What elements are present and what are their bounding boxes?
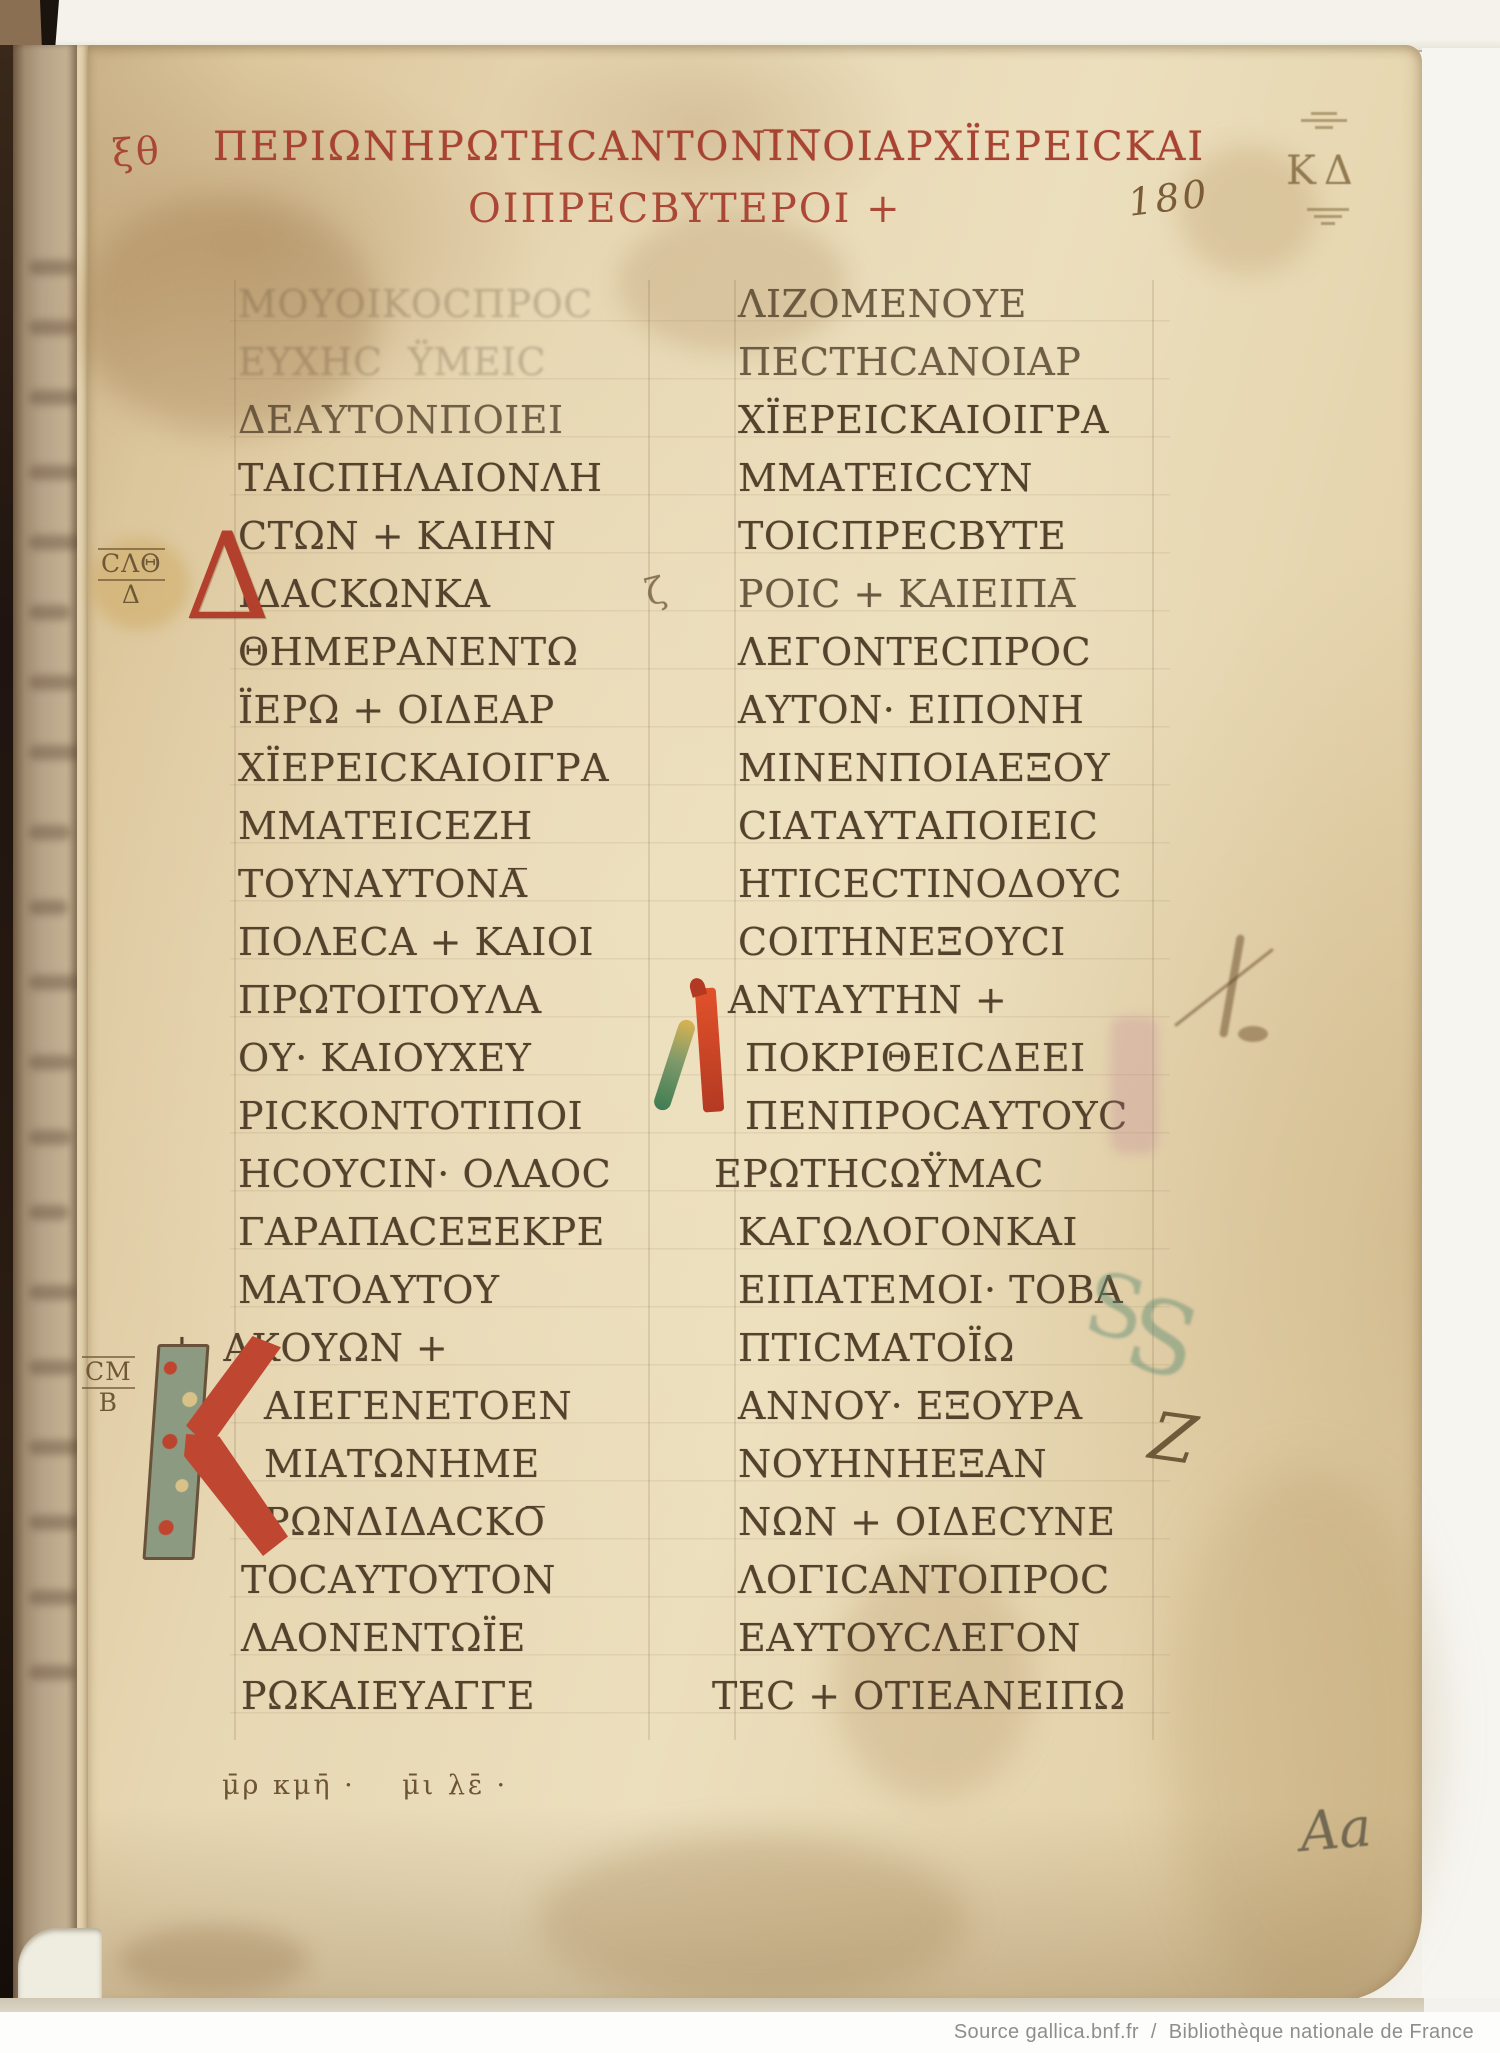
initial-kappa-ornate [122, 1340, 282, 1562]
stain [538, 1835, 968, 2005]
text-line: ΑΝΝΟΥ· ΕΞΟΥΡΑ [738, 1384, 1168, 1442]
text-line: ΘΗΜΕΡΑΝΕΝΤΩ [238, 630, 648, 688]
parallel-passage-references: μ̄ρ κμη̄ · μ̄ι λε̄ · [222, 1770, 508, 1801]
text-line: ΕΥΧΗC ΫΜΕΙC [238, 340, 648, 398]
gallica-attribution-bar: Source gallica.bnf.fr / Bibliothèque nat… [0, 2012, 1500, 2053]
bleed-through-fragment [29, 1515, 83, 1530]
section-number: CΜ [82, 1356, 135, 1389]
canon-number: Δ [122, 580, 141, 609]
initial-alpha-right-stroke [695, 987, 725, 1112]
text-line: ΤΟΙCΠΡΕCΒΥΤΕ [738, 514, 1168, 572]
rubric-title-line-1: ΠΕΡΙΩΝΗΡΩΤΗCΑΝΤΟΝΙ̅Ν̅ΟΙΑΡΧΪΕΡΕΙCΚΑΙ [213, 124, 1205, 170]
text-line: ΝΟΥΗΝΗΕΞΑΝ [738, 1442, 1168, 1500]
text-line: ΡΙCΚΟΝΤΟΤΙΠΟΙ [238, 1094, 648, 1152]
text-line: ΤΑΙCΠΗΛΑΙΟΝΛΗ [238, 456, 648, 514]
bleed-through-fragment [29, 1665, 77, 1680]
text-line: ΜΑΤΟΑΥΤΟΥ [238, 1268, 648, 1326]
text-line: ΑΥΤΟΝ· ΕΙΠΟΝΗ [738, 688, 1168, 746]
rubric-title-line-2: ΟΙΠΡΕCΒΥΤΕΡΟΙ + [468, 186, 902, 232]
text-line: ΓΑΡΑΠΑCΕΞΕΚΡΕ [238, 1210, 648, 1268]
stain [1168, 1465, 1438, 2005]
text-line: ΕΑΥΤΟΥCΛΕΓΟΝ [738, 1616, 1168, 1674]
text-line: ΜΙΝΕΝΠΟΙΑΕΞΟΥ [738, 746, 1168, 804]
text-line: ΜΜΑΤΕΙCCΥΝ [738, 456, 1168, 514]
book-binding-edge [0, 45, 13, 2012]
text-line: ΑΙΕΓΕΝΕΤΟΕΝ [264, 1384, 648, 1442]
text-line: ΜΜΑΤΕΙCΕΖΗ [238, 804, 648, 862]
bleed-through-fragment [29, 900, 68, 915]
text-line: ΛΙΖΟΜΕΝΟΥΕ [738, 282, 1168, 340]
quire-mark-ornament-top [1296, 108, 1352, 133]
text-line: CΤΩΝ + ΚΑΙΗΝ [238, 514, 648, 572]
text-line: ΕΡΩΤΗCΩΫΜΑC [714, 1152, 1168, 1210]
bleed-through-fragment [29, 1055, 75, 1070]
text-line: ΡΩΝΔΙΔΑCΚΟ̅ [264, 1500, 648, 1558]
bleed-through-fragment [29, 260, 76, 275]
bleed-through-fragment [29, 465, 81, 480]
text-column-left: ΜΟΥΟΙΚΟCΠΡΟCΕΥΧΗC ΫΜΕΙCΔΕΑΥΤΟΝΠΟΙΕΙΤΑΙCΠ… [238, 282, 648, 1732]
text-line: ΟΥ· ΚΑΙΟΥΧΕΥ [238, 1036, 648, 1094]
ammonian-section-mark-1: CΛΘ Δ [98, 548, 165, 610]
text-line: ΤΕC + ΟΤΙΕΑΝΕΙΠΩ [712, 1674, 1168, 1732]
initial-alpha-ornate [652, 986, 736, 1116]
pink-ink-stain [1110, 1016, 1158, 1154]
marginal-ink-doodle [1160, 922, 1275, 1067]
bleed-through-fragment [29, 1130, 72, 1145]
text-line: ΡΩΚΑΙΕΥΑΓΓΕ [241, 1674, 648, 1732]
quire-mark: ΚΔ [1286, 148, 1361, 194]
bleed-through-fragment [29, 825, 71, 840]
text-line: ΠΟΛΕCΑ + ΚΑΙΟΙ [238, 920, 648, 978]
text-line: ΠΕΝΠΡΟCΑΥΤΟΥC [745, 1094, 1168, 1152]
text-line: ΧΪΕΡΕΙCΚΑΙΟΙΓΡΑ [738, 398, 1168, 456]
bleed-through-fragment [29, 1590, 80, 1605]
kephalaion-number: ξθ [111, 129, 163, 176]
text-line: CΟΙΤΗΝΕΞΟΥCΙ [738, 920, 1168, 978]
bleed-through-fragment [29, 605, 71, 620]
bleed-through-fragment [29, 1205, 69, 1220]
text-line: CΙΑΤΑΥΤΑΠΟΙΕΙC [738, 804, 1168, 862]
bleed-through-fragment [29, 390, 84, 405]
text-line: ΤΟCΑΥΤΟΥΤΟΝ [241, 1558, 648, 1616]
section-number: CΛΘ [98, 548, 165, 581]
text-column-right: ΛΙΖΟΜΕΝΟΥΕΠΕCΤΗCΑΝΟΙΑΡΧΪΕΡΕΙCΚΑΙΟΙΓΡΑΜΜΑ… [738, 282, 1168, 1732]
text-line: ΗCΟΥCΙΝ· ΟΛΑΟC [238, 1152, 648, 1210]
initial-alpha-left-stroke [652, 1018, 697, 1113]
page-bottom-edge [0, 1998, 1424, 2012]
bleed-through-fragment [29, 1360, 76, 1375]
text-line: ΔΕΑΥΤΟΝΠΟΙΕΙ [238, 398, 648, 456]
bleed-through-fragment [29, 320, 78, 335]
text-line: ΝΩΝ + ΟΙΔΕCΥΝΕ [738, 1500, 1168, 1558]
text-line: ΜΟΥΟΙΚΟCΠΡΟC [238, 282, 648, 340]
text-line: ΠΟΚΡΙΘΕΙCΔΕΕΙ [745, 1036, 1168, 1094]
attribution-text: Source gallica.bnf.fr / Bibliothèque nat… [954, 2021, 1474, 2044]
previous-page-edge [13, 45, 77, 2012]
bleed-through-fragment [29, 1285, 79, 1300]
text-line: ΑΝΤΑΥΤΗΝ + [728, 978, 1168, 1036]
initial-delta: Δ [184, 518, 271, 638]
text-line: ΛΟΓΙCΑΝΤΟΠΡΟC [738, 1558, 1168, 1616]
text-line: ΗΤΙCΕCΤΙΝΟΔΟΥC [738, 862, 1168, 920]
canon-number: Β [99, 1388, 118, 1417]
text-line: ΙΔΑCΚΩΝΚΑ [238, 572, 648, 630]
text-line: ΧΪΕΡΕΙCΚΑΙΟΙΓΡΑ [238, 746, 648, 804]
manuscript-scan-page: ξθ ΠΕΡΙΩΝΗΡΩΤΗCΑΝΤΟΝΙ̅Ν̅ΟΙΑΡΧΪΕΡΕΙCΚΑΙ Ο… [0, 0, 1500, 2053]
text-line: ΛΑΟΝΕΝΤΩΪΕ [241, 1616, 648, 1674]
bleed-through-fragment [29, 675, 77, 690]
quire-mark-ornament-bottom [1300, 204, 1356, 229]
ammonian-section-mark-2: CΜ Β [82, 1356, 135, 1418]
text-line: ΠΡΩΤΟΙΤΟΥΛΑ [238, 978, 648, 1036]
text-line: ΡΟΙC + ΚΑΙΕΙΠΑ̅ [738, 572, 1168, 630]
bleed-through-fragment [29, 745, 83, 760]
text-line: ΜΙΑΤΩΝΗΜΕ [264, 1442, 648, 1500]
initial-kappa-lower-arm [184, 1434, 288, 1556]
stain [118, 1925, 308, 1995]
quire-signature: Aa [1297, 1795, 1373, 1864]
column-guide-line [648, 280, 650, 1740]
text-line: ΛΕΓΟΝΤΕCΠΡΟC [738, 630, 1168, 688]
text-line: ΤΟΥΝΑΥΤΟΝΑ̅ [238, 862, 648, 920]
text-line: ΠΕCΤΗCΑΝΟΙΑΡ [738, 340, 1168, 398]
text-line: ΪΕΡΩ + ΟΙΔΕΑΡ [238, 688, 648, 746]
